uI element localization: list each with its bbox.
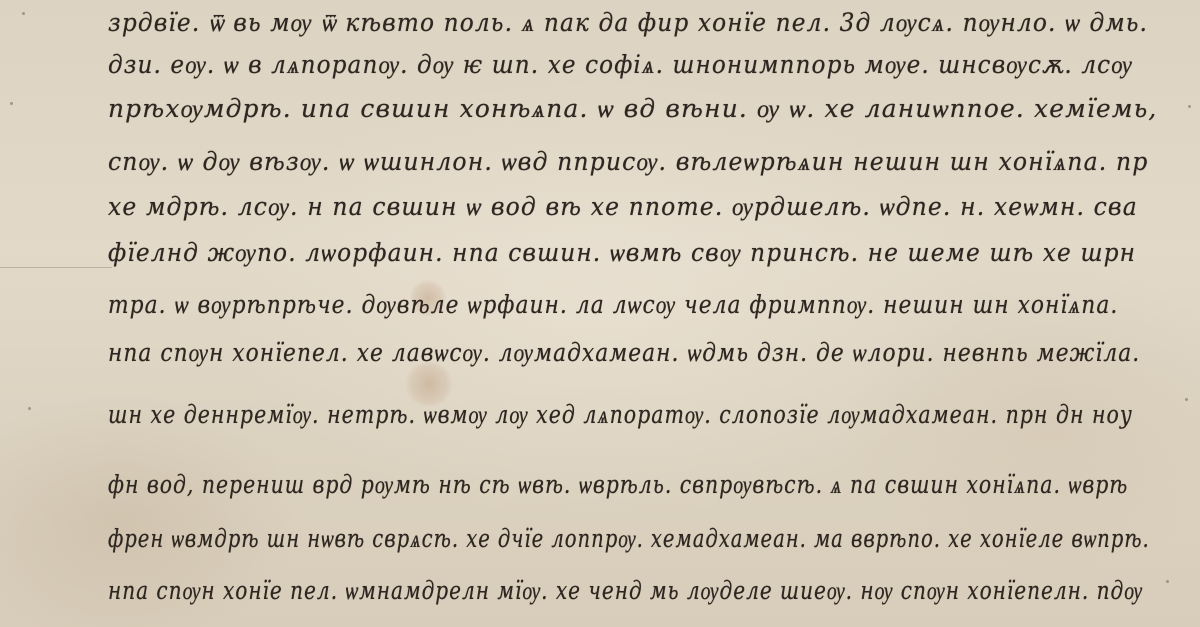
manuscript-line-5: хе мдрѣ. лсѹ. н па свшин ѡ вод вѣ хе ппо… (108, 192, 1138, 222)
manuscript-line-4: спѹ. ѡ дѹ вѣзѹ. ѡ ѡшинлон. ѡвд пприсѹ. в… (108, 147, 1148, 177)
paper-speck (22, 12, 25, 15)
manuscript-line-6: фїелнд жѹпо. лѡорфаин. нпа свшин. ѡвмѣ с… (108, 238, 1136, 268)
paper-speck (1188, 105, 1191, 108)
manuscript-line-8: нпа спѹн хонїепел. хе лавѡсѹ. лѹмадхамеа… (108, 338, 1140, 368)
manuscript-page: зрдвїе. ѿ вь мѹ ѿ кѣвто поль. ѧ пак да ф… (0, 0, 1200, 627)
paper-fold-crease (0, 267, 112, 268)
manuscript-line-1: зрдвїе. ѿ вь мѹ ѿ кѣвто поль. ѧ пак да ф… (108, 8, 1148, 38)
manuscript-line-9: шн хе деннремїѹ. нетрѣ. ѡвмѹ лѹ хед лѧпо… (108, 400, 1133, 430)
manuscript-line-11: френ ѡвмдрѣ шн нѡвѣ сврѧсѣ. хе дчїе лопп… (108, 524, 1150, 554)
paper-speck (1166, 580, 1169, 583)
manuscript-line-12: нпа спѹн хонїе пел. ѡмнамдрелн мїѹ. хе ч… (108, 576, 1143, 606)
manuscript-line-3: прѣхѹмдрѣ. ипа свшин хонѣѧпа. ѡ вд вѣни.… (108, 94, 1158, 124)
manuscript-line-2: дзи. еѹ. ѡ в лѧпорапѹ. дѹ ѥ шп. хе софіѧ… (108, 50, 1133, 80)
paper-speck (28, 407, 31, 410)
paper-speck (10, 102, 13, 105)
manuscript-line-7: тра. ѡ вѹрѣпрѣче. дѹвѣле ѡрфаин. ла лѡсѹ… (108, 290, 1118, 320)
paper-speck (1185, 398, 1188, 401)
manuscript-line-10: фн вод, перениш врд рѹмѣ нѣ сѣ ѡвѣ. ѡврѣ… (108, 470, 1128, 500)
